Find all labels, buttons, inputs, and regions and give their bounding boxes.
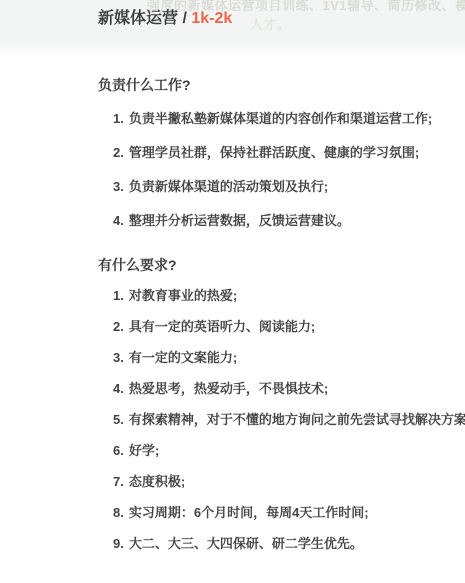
list-item: 3.有一定的文案能力; <box>113 349 465 367</box>
list-item: 4.热爱思考，热爱动手，不畏惧技术; <box>113 380 465 398</box>
item-text: 管理学员社群，保持社群活跃度、健康的学习氛围; <box>129 144 419 162</box>
item-text: 好学; <box>129 442 159 460</box>
item-number: 6. <box>113 442 124 460</box>
job-posting-page: 强度的新媒体运营项目训练、1V1辅导、简历修改、模拟面 人才。 新媒体运营 / … <box>0 0 465 583</box>
job-title: 新媒体运营 <box>98 10 178 27</box>
list-item: 8.实习周期：6个月时间，每周4天工作时间; <box>113 504 465 522</box>
list-item: 2.管理学员社群，保持社群活跃度、健康的学习氛围; <box>113 144 465 162</box>
section-requirements: 有什么要求? 1.对教育事业的热爱; 2.具有一定的英语听力、阅读能力; 3.有… <box>98 256 465 553</box>
responsibilities-list: 1.负责半撇私塾新媒体渠道的内容创作和渠道运营工作; 2.管理学员社群，保持社群… <box>98 110 465 230</box>
item-number: 3. <box>113 349 124 367</box>
page-header: 强度的新媒体运营项目训练、1V1辅导、简历修改、模拟面 人才。 新媒体运营 / … <box>0 0 465 58</box>
item-number: 8. <box>113 504 124 522</box>
item-text: 热爱思考，热爱动手，不畏惧技术; <box>129 380 328 398</box>
item-number: 7. <box>113 473 124 491</box>
requirements-list: 1.对教育事业的热爱; 2.具有一定的英语听力、阅读能力; 3.有一定的文案能力… <box>98 287 465 553</box>
item-text: 具有一定的英语听力、阅读能力; <box>129 318 315 336</box>
list-item: 3.负责新媒体渠道的活动策划及执行; <box>113 178 465 196</box>
item-number: 5. <box>113 411 124 429</box>
watermark-text-line2: 人才。 <box>250 14 291 33</box>
item-number: 1. <box>113 287 124 305</box>
list-item: 9.大二、大三、大四保研、研二学生优先。 <box>113 535 465 553</box>
list-item: 1.对教育事业的热爱; <box>113 287 465 305</box>
item-text: 有探索精神，对于不懂的地方询问之前先尝试寻找解决方案; <box>129 411 465 429</box>
item-number: 2. <box>113 318 124 336</box>
item-text: 对教育事业的热爱; <box>129 287 237 305</box>
job-description-content: 负责什么工作? 1.负责半撇私塾新媒体渠道的内容创作和渠道运营工作; 2.管理学… <box>0 58 465 553</box>
item-text: 有一定的文案能力; <box>129 349 237 367</box>
item-text: 负责半撇私塾新媒体渠道的内容创作和渠道运营工作; <box>129 110 432 128</box>
item-text: 大二、大三、大四保研、研二学生优先。 <box>129 535 363 553</box>
item-text: 整理并分析运营数据，反馈运营建议。 <box>129 212 350 230</box>
job-title-row: 新媒体运营 / 1k-2k <box>98 9 232 29</box>
salary-range: 1k-2k <box>191 10 232 27</box>
list-item: 1.负责半撇私塾新媒体渠道的内容创作和渠道运营工作; <box>113 110 465 128</box>
item-text: 实习周期：6个月时间，每周4天工作时间; <box>129 504 369 522</box>
list-item: 7.态度积极; <box>113 473 465 491</box>
title-separator: / <box>178 10 191 27</box>
item-number: 4. <box>113 212 124 230</box>
list-item: 5.有探索精神，对于不懂的地方询问之前先尝试寻找解决方案; <box>113 411 465 429</box>
item-number: 4. <box>113 380 124 398</box>
item-number: 2. <box>113 144 124 162</box>
item-number: 3. <box>113 178 124 196</box>
item-number: 9. <box>113 535 124 553</box>
list-item: 2.具有一定的英语听力、阅读能力; <box>113 318 465 336</box>
requirements-heading: 有什么要求? <box>98 256 465 274</box>
list-item: 6.好学; <box>113 442 465 460</box>
item-text: 态度积极; <box>129 473 185 491</box>
responsibilities-heading: 负责什么工作? <box>98 76 465 94</box>
section-responsibilities: 负责什么工作? 1.负责半撇私塾新媒体渠道的内容创作和渠道运营工作; 2.管理学… <box>98 76 465 230</box>
item-text: 负责新媒体渠道的活动策划及执行; <box>129 178 328 196</box>
item-number: 1. <box>113 110 124 128</box>
list-item: 4.整理并分析运营数据，反馈运营建议。 <box>113 212 465 230</box>
